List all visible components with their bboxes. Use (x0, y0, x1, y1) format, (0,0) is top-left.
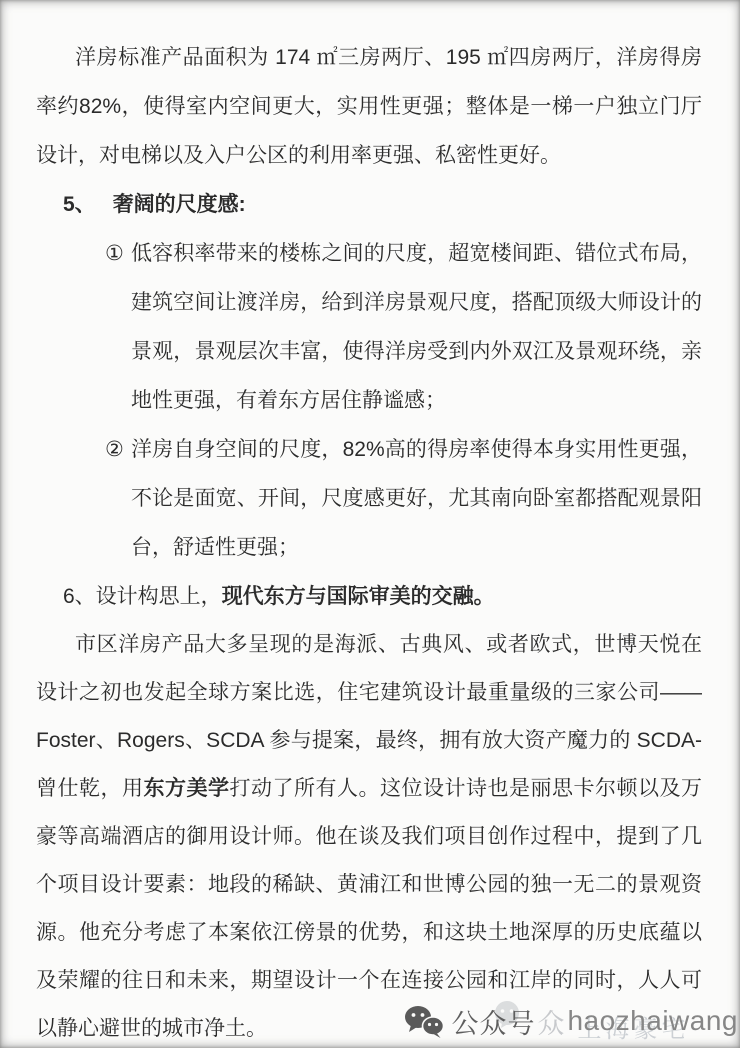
section-6-prefix: 6、设计构思上， (63, 585, 222, 608)
watermark-handle-wrap: 上海豪宅 haozhaiwang (567, 1005, 738, 1037)
section-5-title: 奢阔的尺度感: (113, 193, 246, 216)
watermark-ghost-char: 众 (537, 1002, 565, 1041)
watermark-handle: haozhaiwang (567, 1005, 738, 1036)
list-item-2-marker: ② (105, 425, 131, 572)
paragraph-design: 市区洋房产品大多呈现的是海派、古典风、或者欧式，世博天悦在设计之初也发起全球方案… (36, 621, 702, 1048)
section-5-number: 5、 (63, 193, 96, 216)
document-page: 洋房标准产品面积为 174 ㎡三房两厅、195 ㎡四房两厅，洋房得房率约82%，… (0, 0, 740, 1048)
wechat-icon (404, 1005, 444, 1039)
section-5-heading: 5、奢阔的尺度感: (63, 180, 702, 229)
paragraph-design-emphasis: 东方美学 (144, 777, 230, 800)
list-item-1: ① 低容积率带来的楼栋之间的尺度，超宽楼间距、错位式布局，建筑空间让渡洋房，给到… (105, 229, 702, 425)
watermark: 公众号 众 上海豪宅 haozhaiwang (404, 998, 738, 1044)
section-6-heading: 6、设计构思上，现代东方与国际审美的交融。 (63, 572, 702, 621)
document-content: 洋房标准产品面积为 174 ㎡三房两厅、195 ㎡四房两厅，洋房得房率约82%，… (0, 0, 740, 1048)
list-item-2-text: 洋房自身空间的尺度，82%高的得房率使得本身实用性更强，不论是面宽、开间，尺度感… (131, 425, 702, 572)
paragraph-design-part1: 市区洋房产品大多呈现的是海派、古典风、或者欧式，世博天悦在设计之初也发起全球方案… (36, 633, 702, 800)
list-item-1-text: 低容积率带来的楼栋之间的尺度，超宽楼间距、错位式布局，建筑空间让渡洋房，给到洋房… (131, 229, 702, 425)
section-6-emphasis: 现代东方与国际审美的交融。 (222, 585, 495, 608)
paragraph-intro: 洋房标准产品面积为 174 ㎡三房两厅、195 ㎡四房两厅，洋房得房率约82%，… (36, 33, 702, 180)
watermark-label: 公众号 (451, 1002, 535, 1041)
list-item-1-marker: ① (105, 229, 131, 425)
list-item-2: ② 洋房自身空间的尺度，82%高的得房率使得本身实用性更强，不论是面宽、开间，尺… (105, 425, 702, 572)
